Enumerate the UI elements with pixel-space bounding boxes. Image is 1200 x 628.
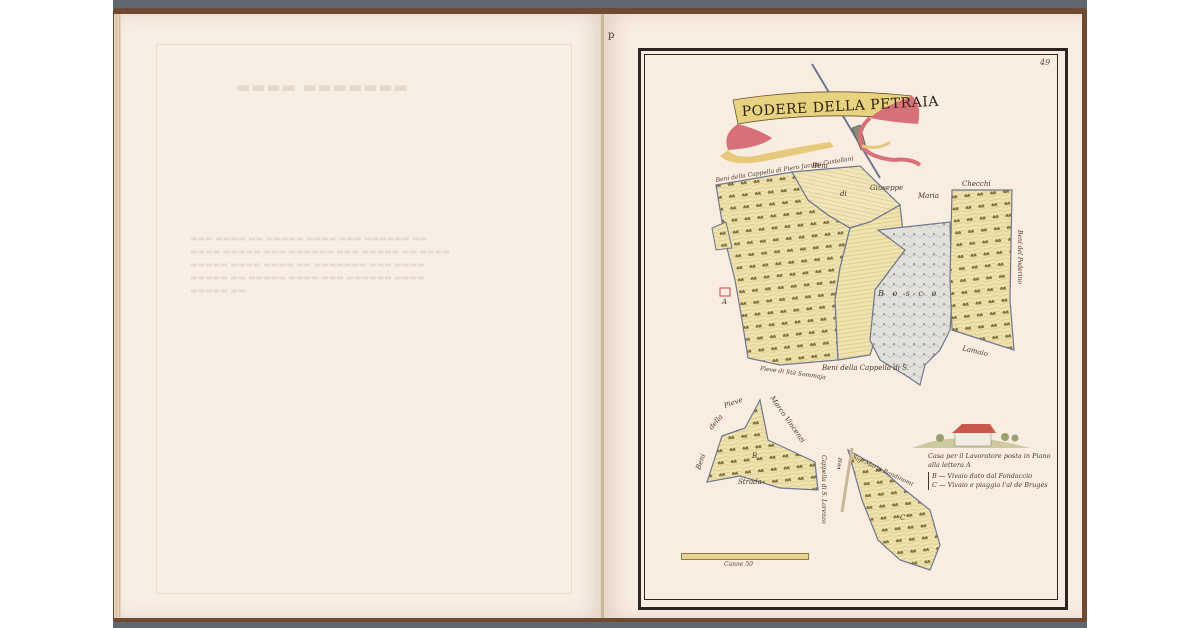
svg-text:Beni della Cappella di S.: Beni della Cappella di S. xyxy=(821,364,909,372)
house-caption: Casa per il Lavoratore posta in Piano al… xyxy=(928,452,1058,470)
svg-text:B: B xyxy=(751,452,757,460)
svg-text:Beni: Beni xyxy=(811,162,828,170)
book-spread-scan: ▬▬▬▬ ▬▬▬▬▬▬▬ ▬▬▬ ▬▬▬▬ ▬▬ ▬▬▬▬▬ ▬▬▬▬ ▬▬▬ … xyxy=(0,0,1200,628)
svg-text:Maria: Maria xyxy=(917,192,939,200)
scale-bar xyxy=(681,553,809,560)
svg-text:A: A xyxy=(721,298,727,306)
svg-text:Strada: Strada xyxy=(738,478,762,486)
scale-bar-label: Canne 50 xyxy=(724,561,753,568)
svg-text:della: della xyxy=(707,413,724,431)
svg-text:B o s c o: B o s c o xyxy=(877,289,939,298)
svg-text:Beni del Poderino: Beni del Poderino xyxy=(1016,229,1023,284)
svg-text:C: C xyxy=(900,514,906,522)
lower-right-parcel: Sig. Maria Bandinomi vest C xyxy=(835,448,940,570)
house-marker-a xyxy=(720,288,730,296)
svg-text:Cappella di S. Lorenzo: Cappella di S. Lorenzo xyxy=(820,455,827,524)
legend-items: B — Vivaio dato dal Fondaccio C — Vivaio… xyxy=(928,472,1058,490)
svg-text:Beni: Beni xyxy=(694,453,707,472)
title-ribbon: PODERE DELLA PETRAIA xyxy=(720,92,940,165)
map-legend: Casa per il Lavoratore posta in Piano al… xyxy=(928,452,1058,490)
legend-item: B — Vivaio dato dal Fondaccio xyxy=(932,472,1058,481)
farmhouse-illustration xyxy=(912,424,1030,448)
svg-text:Giuseppe: Giuseppe xyxy=(870,184,903,192)
svg-text:Lamaio: Lamaio xyxy=(961,344,989,358)
svg-text:vest: vest xyxy=(835,456,844,470)
svg-text:di: di xyxy=(840,190,847,198)
legend-item: C — Vivaio e piaggia l'al de Bruges xyxy=(932,481,1058,490)
estate-map: PODERE DELLA PETRAIA Beni della Cappella… xyxy=(0,0,1200,628)
lower-left-parcel: Beni della Pieve Marco Vincenzi Strada C… xyxy=(694,394,827,524)
svg-text:Checchi: Checchi xyxy=(962,180,991,188)
svg-text:Pieve di Stà Sommaja: Pieve di Stà Sommaja xyxy=(759,365,827,381)
svg-text:Pieve: Pieve xyxy=(722,396,744,410)
svg-text:Marco Vincenzi: Marco Vincenzi xyxy=(768,394,807,445)
